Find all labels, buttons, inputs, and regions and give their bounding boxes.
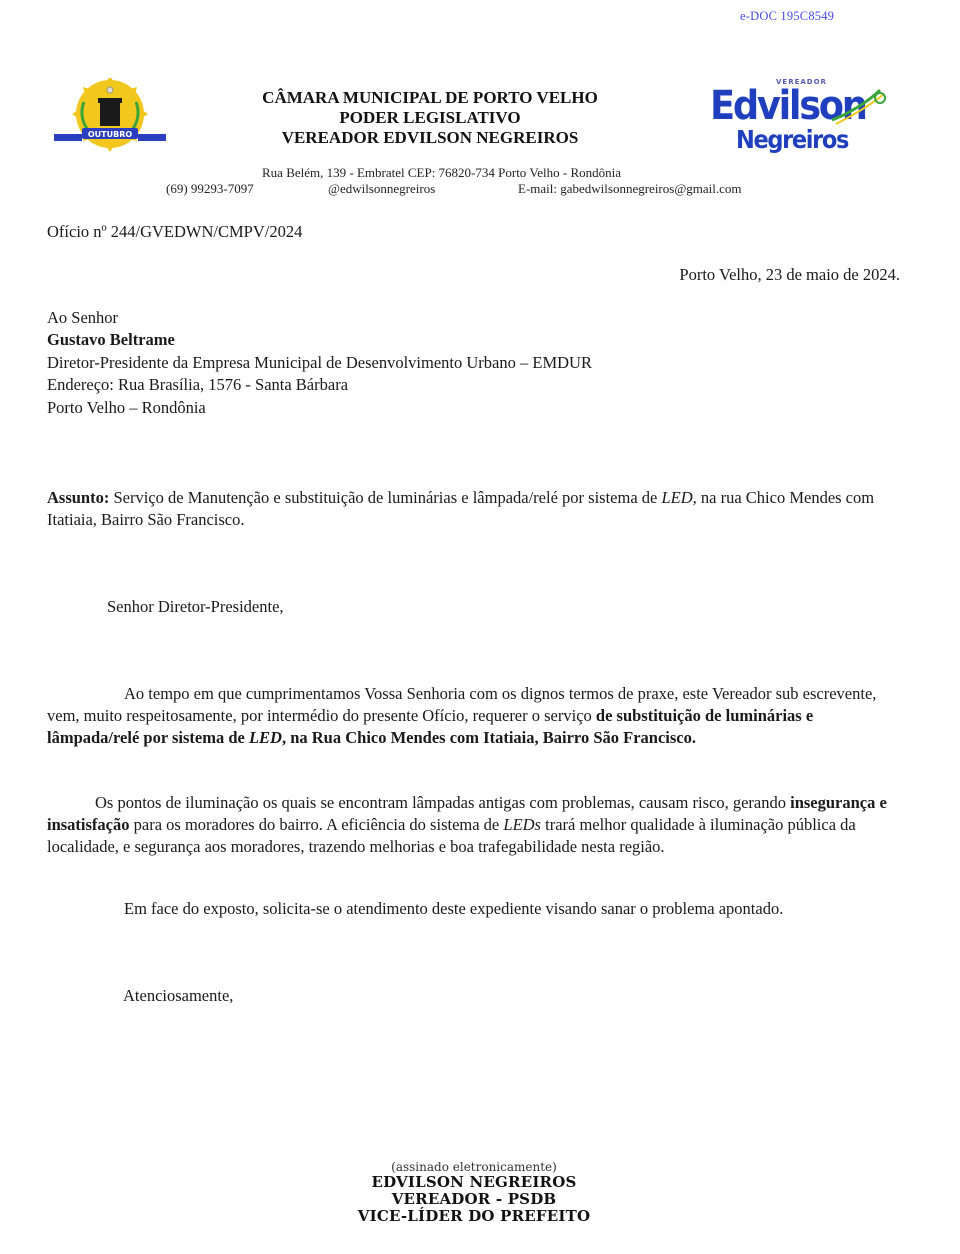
date-line: Porto Velho, 23 de maio de 2024.: [679, 264, 900, 286]
instagram-handle: @edwilsonnegreiros: [328, 181, 435, 197]
addressee-salutation: Ao Senhor: [47, 307, 592, 329]
signature-note: (assinado eletronicamente): [300, 1160, 648, 1174]
paragraph-request: Ao tempo em que cumprimentamos Vossa Sen…: [47, 683, 907, 749]
addressee-name: Gustavo Beltrame: [47, 329, 592, 351]
svg-text:OUTUBRO: OUTUBRO: [88, 130, 133, 139]
addressee-city: Porto Velho – Rondônia: [47, 397, 592, 419]
signer-title: VEREADOR - PSDB: [300, 1191, 648, 1208]
phone-number: (69) 99293-7097: [166, 181, 254, 197]
municipal-seal-icon: OUTUBRO: [52, 78, 168, 156]
signature-block: (assinado eletronicamente) EDVILSON NEGR…: [300, 1160, 648, 1225]
oficio-number: Ofício nº 244/GVEDWN/CMPV/2024: [47, 221, 302, 243]
chamber-title: CÂMARA MUNICIPAL DE PORTO VELHO: [230, 88, 630, 108]
signer-name: EDVILSON NEGREIROS: [300, 1174, 648, 1191]
subject-line: Assunto: Serviço de Manutenção e substit…: [47, 487, 907, 531]
signer-role: VICE-LÍDER DO PREFEITO: [300, 1208, 648, 1225]
closing: Atenciosamente,: [123, 985, 233, 1007]
addressee-address: Endereço: Rua Brasília, 1576 - Santa Bár…: [47, 374, 592, 396]
subject-label: Assunto:: [47, 488, 109, 507]
paragraph-justification: Os pontos de iluminação os quais se enco…: [47, 792, 907, 858]
addressee-role: Diretor-Presidente da Empresa Municipal …: [47, 352, 592, 374]
brand-surname: Negreiros: [736, 126, 848, 154]
councilor-title: VEREADOR EDVILSON NEGREIROS: [230, 128, 630, 148]
swoosh-icon: [828, 84, 888, 128]
paragraph-conclusion: Em face do exposto, solicita-se o atendi…: [47, 898, 907, 920]
office-address: Rua Belém, 139 - Embratel CEP: 76820-734…: [262, 165, 621, 181]
email-address: E-mail: gabedwilsonnegreiros@gmail.com: [518, 181, 742, 197]
addressee-block: Ao Senhor Gustavo Beltrame Diretor-Presi…: [47, 307, 592, 419]
header-titles: CÂMARA MUNICIPAL DE PORTO VELHO PODER LE…: [230, 88, 630, 148]
legislative-title: PODER LEGISLATIVO: [230, 108, 630, 128]
document-id: e-DOC 195C8549: [740, 9, 834, 24]
brand-logo: VEREADOR Edvilson Negreiros: [708, 78, 888, 162]
greeting: Senhor Diretor-Presidente,: [107, 596, 284, 618]
